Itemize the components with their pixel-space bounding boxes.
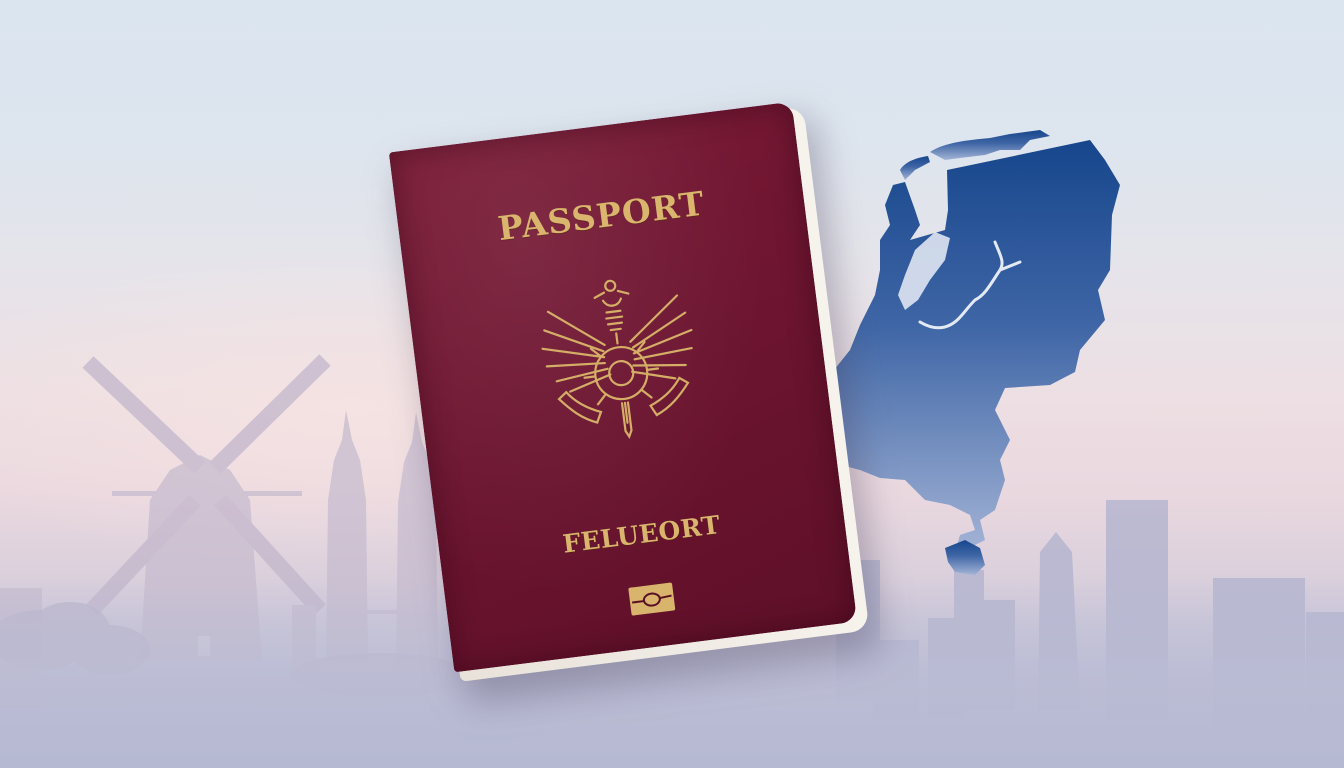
winged-eagle-emblem-icon [524,263,714,453]
passport-title: PASSPORT [398,171,806,261]
passport-cover: PASSPORT [389,102,857,673]
passport-subtitle: FELUEORT [438,495,844,575]
scene-background: PASSPORT [0,0,1344,768]
biometric-chip-icon [628,582,675,615]
